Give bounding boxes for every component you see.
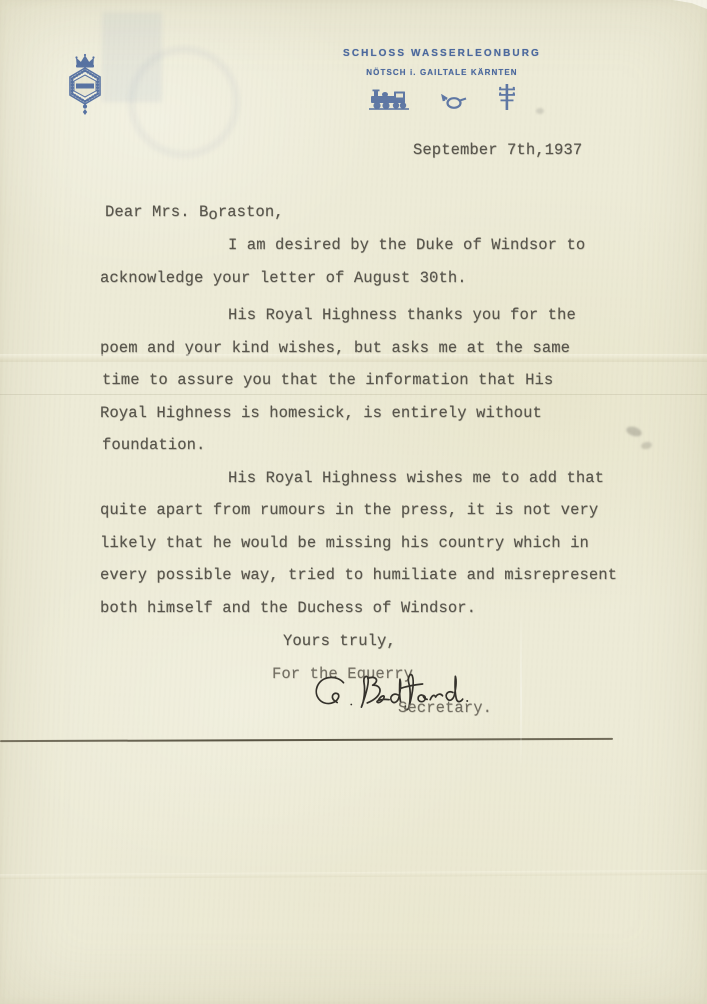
- signature-title: Secretary.: [398, 699, 492, 717]
- letterhead: SCHLOSS WASSERLEONBURG NÖTSCH i. GAILTAL…: [320, 48, 564, 110]
- telegraph-pole-icon: [498, 84, 516, 110]
- letter-line: both himself and the Duchess of Windsor.: [100, 599, 476, 617]
- ink-smudge: [640, 441, 652, 450]
- paper-crease: [0, 394, 707, 395]
- letterhead-crest: [63, 53, 107, 120]
- salutation: Dear Mrs. Boraston,: [105, 203, 284, 221]
- letter-line: time to assure you that the information …: [102, 371, 553, 389]
- paper-crease: [0, 870, 707, 879]
- scanned-letter-page: SCHLOSS WASSERLEONBURG NÖTSCH i. GAILTAL…: [0, 0, 707, 1004]
- closing-line: Yours truly,: [283, 632, 396, 650]
- date-line: September 7th,1937: [413, 141, 582, 159]
- ink-smudge: [625, 425, 643, 439]
- paper-crease: [520, 612, 522, 772]
- dropped-typewriter-char: o: [208, 206, 217, 224]
- letter-line: His Royal Highness thanks you for the: [228, 306, 576, 324]
- post-horn-icon: [441, 94, 468, 110]
- letterhead-name: SCHLOSS WASSERLEONBURG: [320, 48, 564, 59]
- scan-edge-artifact: [673, 0, 707, 9]
- letter-line: quite apart from rumours in the press, i…: [100, 501, 598, 519]
- letterhead-address: NÖTSCH i. GAILTALE KÄRNTEN: [320, 68, 564, 77]
- locomotive-icon: [369, 89, 411, 110]
- letter-line: likely that he would be missing his coun…: [100, 534, 589, 552]
- watermark-seal-impression: [128, 46, 240, 158]
- letter-line: Royal Highness is homesick, is entirely …: [100, 404, 542, 422]
- letter-line: I am desired by the Duke of Windsor to: [228, 236, 585, 254]
- crowned-badge-icon: [63, 53, 107, 115]
- letter-line: His Royal Highness wishes me to add that: [228, 469, 604, 487]
- letter-line: foundation.: [102, 436, 205, 454]
- letter-line: every possible way, tried to humiliate a…: [100, 566, 617, 584]
- letter-line: acknowledge your letter of August 30th.: [100, 269, 467, 287]
- letterhead-amenity-icons: [320, 84, 564, 110]
- paper-crease: [0, 354, 707, 362]
- ink-smudge: [536, 108, 544, 114]
